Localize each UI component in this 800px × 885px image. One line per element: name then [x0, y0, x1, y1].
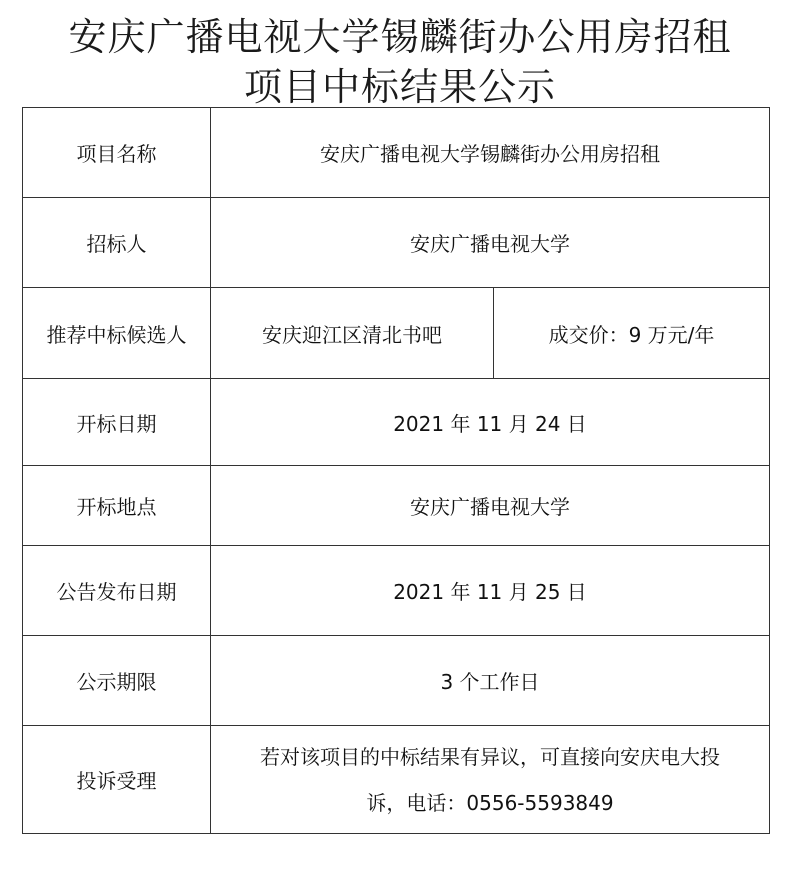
complaints-text-line-1: 若对该项目的中标结果有异议，可直接向安庆电大投	[217, 734, 763, 780]
bid-result-table: 项目名称 安庆广播电视大学锡麟街办公用房招租 招标人 安庆广播电视大学 推荐中标…	[22, 107, 770, 834]
tenderer-value: 安庆广播电视大学	[211, 198, 770, 288]
opening-date-value: 2021 年 11 月 24 日	[211, 379, 770, 466]
publicity-period-value: 3 个工作日	[211, 636, 770, 726]
table-row-publicity-period: 公示期限 3 个工作日	[23, 636, 770, 726]
opening-location-label: 开标地点	[23, 466, 211, 546]
table-row-tenderer: 招标人 安庆广播电视大学	[23, 198, 770, 288]
opening-date-label: 开标日期	[23, 379, 211, 466]
tenderer-label: 招标人	[23, 198, 211, 288]
table-row-publish-date: 公告发布日期 2021 年 11 月 25 日	[23, 546, 770, 636]
table-row-opening-date: 开标日期 2021 年 11 月 24 日	[23, 379, 770, 466]
notice-title-line-1: 安庆广播电视大学锡麟街办公用房招租	[0, 6, 800, 61]
project-name-value: 安庆广播电视大学锡麟街办公用房招租	[211, 108, 770, 198]
candidate-value: 安庆迎江区清北书吧	[211, 288, 494, 379]
complaints-label: 投诉受理	[23, 726, 211, 834]
project-name-label: 项目名称	[23, 108, 211, 198]
table-row-candidate: 推荐中标候选人 安庆迎江区清北书吧 成交价：9 万元/年	[23, 288, 770, 379]
complaints-text-line-2: 诉，电话：0556-5593849	[217, 780, 763, 826]
publish-date-value: 2021 年 11 月 25 日	[211, 546, 770, 636]
notice-title-line-2: 项目中标结果公示	[0, 56, 800, 111]
publicity-period-label: 公示期限	[23, 636, 211, 726]
table-row-project-name: 项目名称 安庆广播电视大学锡麟街办公用房招租	[23, 108, 770, 198]
candidate-label: 推荐中标候选人	[23, 288, 211, 379]
complaints-value: 若对该项目的中标结果有异议，可直接向安庆电大投 诉，电话：0556-559384…	[211, 726, 770, 834]
deal-price-value: 成交价：9 万元/年	[494, 288, 770, 379]
publish-date-label: 公告发布日期	[23, 546, 211, 636]
table-row-complaints: 投诉受理 若对该项目的中标结果有异议，可直接向安庆电大投 诉，电话：0556-5…	[23, 726, 770, 834]
opening-location-value: 安庆广播电视大学	[211, 466, 770, 546]
table-row-opening-location: 开标地点 安庆广播电视大学	[23, 466, 770, 546]
